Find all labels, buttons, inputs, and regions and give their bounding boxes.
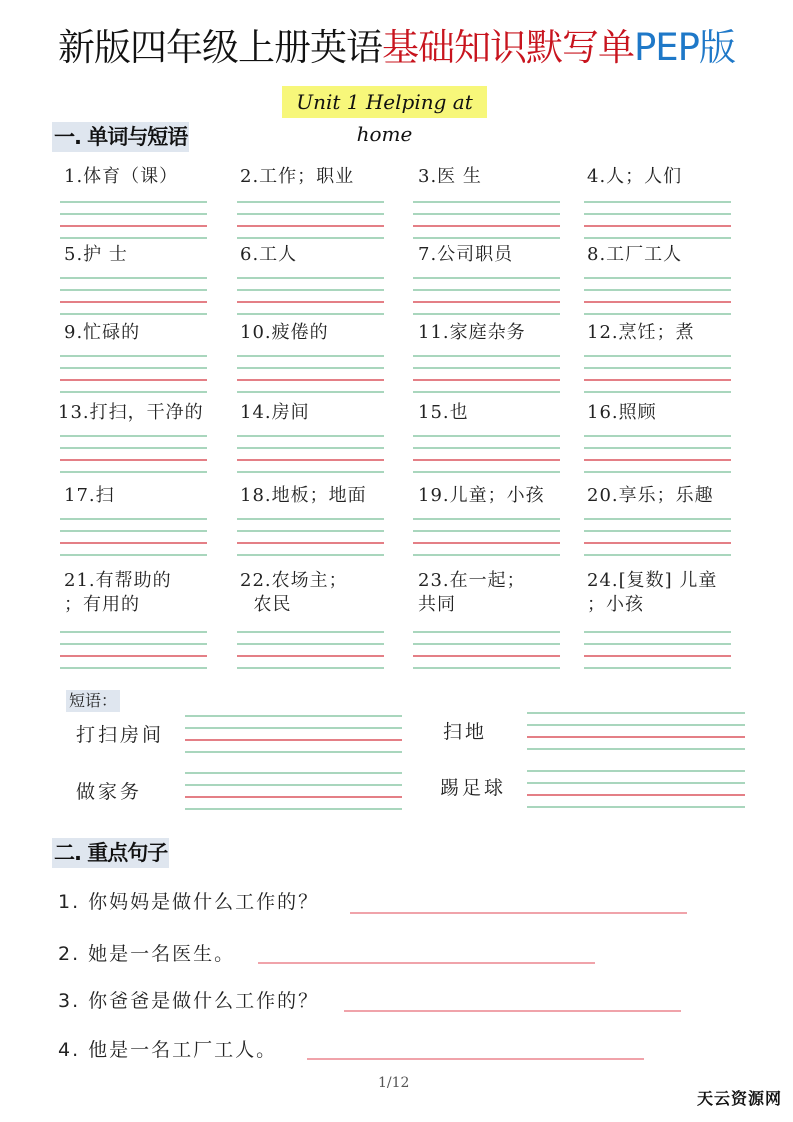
writing-line[interactable] — [413, 471, 560, 473]
writing-line[interactable] — [60, 530, 207, 532]
word-prompt: 9.忙碌的 — [64, 321, 140, 345]
writing-line[interactable] — [584, 655, 731, 657]
phrase-writing-line[interactable] — [527, 806, 745, 808]
phrase-writing-line[interactable] — [527, 794, 745, 796]
phrase-writing-line[interactable] — [185, 808, 402, 810]
writing-line[interactable] — [584, 435, 731, 437]
word-prompt: 10.疲倦的 — [240, 321, 329, 345]
phrase-writing-line[interactable] — [185, 715, 402, 717]
section-heading-sentences: 二. 重点句子 — [52, 838, 169, 868]
sentence-4-answer-line[interactable] — [307, 1058, 644, 1060]
phrases-label: 短语： — [66, 690, 120, 712]
word-prompt: 14.房间 — [240, 401, 310, 425]
phrase-writing-line[interactable] — [185, 739, 402, 741]
word-prompt: 4.人；人们 — [587, 165, 682, 189]
watermark: 天云资源网 — [697, 1086, 782, 1109]
word-prompt: 7.公司职员 — [418, 243, 513, 267]
phrase-writing-line[interactable] — [185, 796, 402, 798]
sentence-2-answer-line[interactable] — [258, 962, 595, 964]
sentence-2: 2. 她是一名医生。 — [58, 941, 235, 967]
phrase-writing-line[interactable] — [527, 724, 745, 726]
writing-line[interactable] — [237, 213, 384, 215]
writing-line[interactable] — [60, 277, 207, 279]
writing-line[interactable] — [60, 391, 207, 393]
writing-line[interactable] — [237, 631, 384, 633]
writing-line[interactable] — [584, 631, 731, 633]
writing-line[interactable] — [60, 447, 207, 449]
phrase-do-housework: 做家务 — [76, 779, 142, 805]
writing-line[interactable] — [237, 225, 384, 227]
writing-line[interactable] — [237, 667, 384, 669]
writing-line[interactable] — [413, 213, 560, 215]
word-prompt: 21.有帮助的 ；有用的 — [64, 569, 172, 617]
word-prompt: 11.家庭杂务 — [418, 321, 526, 345]
writing-line[interactable] — [413, 225, 560, 227]
word-prompt: 24.[复数] 儿童 ；小孩 — [587, 569, 717, 617]
writing-line[interactable] — [584, 391, 731, 393]
word-prompt: 12.烹饪；煮 — [587, 321, 695, 345]
writing-line[interactable] — [237, 301, 384, 303]
writing-line[interactable] — [237, 554, 384, 556]
writing-line[interactable] — [60, 379, 207, 381]
word-prompt: 13.打扫，干净的 — [58, 401, 204, 425]
writing-line[interactable] — [237, 643, 384, 645]
word-prompt: 8.工厂工人 — [587, 243, 682, 267]
writing-line[interactable] — [237, 518, 384, 520]
word-prompt: 1.体育（课） — [64, 165, 178, 189]
writing-line[interactable] — [60, 471, 207, 473]
word-prompt: 2.工作；职业 — [240, 165, 354, 189]
writing-line[interactable] — [584, 225, 731, 227]
phrase-clean-room: 打扫房间 — [76, 722, 164, 748]
writing-line[interactable] — [60, 542, 207, 544]
word-prompt: 19.儿童；小孩 — [418, 484, 545, 508]
unit-title: Unit 1 Helping at home — [282, 86, 487, 118]
section-heading-words: 一. 单词与短语 — [52, 122, 189, 152]
writing-line[interactable] — [60, 237, 207, 239]
writing-line[interactable] — [237, 391, 384, 393]
phrase-play-football: 踢足球 — [440, 775, 506, 801]
writing-line[interactable] — [413, 355, 560, 357]
writing-line[interactable] — [584, 289, 731, 291]
writing-line[interactable] — [413, 277, 560, 279]
title-part-dictation: 基础知识默写单 — [382, 26, 634, 69]
writing-line[interactable] — [584, 201, 731, 203]
writing-line[interactable] — [584, 355, 731, 357]
writing-line[interactable] — [584, 530, 731, 532]
writing-line[interactable] — [584, 542, 731, 544]
word-prompt: 20.享乐；乐趣 — [587, 484, 714, 508]
writing-line[interactable] — [237, 277, 384, 279]
word-prompt: 15.也 — [418, 401, 469, 425]
writing-line[interactable] — [413, 379, 560, 381]
writing-line[interactable] — [60, 667, 207, 669]
writing-line[interactable] — [584, 301, 731, 303]
writing-line[interactable] — [237, 289, 384, 291]
writing-line[interactable] — [60, 518, 207, 520]
phrase-sweep-floor: 扫地 — [443, 719, 487, 745]
writing-line[interactable] — [237, 201, 384, 203]
phrase-writing-line[interactable] — [527, 782, 745, 784]
word-prompt: 23.在一起； 共同 — [418, 569, 526, 617]
title-part-grade: 新版四年级上册英语 — [58, 26, 382, 69]
writing-line[interactable] — [413, 542, 560, 544]
writing-line[interactable] — [413, 655, 560, 657]
sentence-3: 3. 你爸爸是做什么工作的？ — [58, 988, 319, 1014]
page-title: 新版四年级上册英语基础知识默写单PEP版 — [0, 24, 793, 72]
writing-line[interactable] — [60, 643, 207, 645]
phrase-writing-line[interactable] — [185, 772, 402, 774]
writing-line[interactable] — [584, 643, 731, 645]
writing-line[interactable] — [584, 379, 731, 381]
phrase-writing-line[interactable] — [527, 748, 745, 750]
title-part-edition: PEP版 — [634, 26, 735, 69]
writing-line[interactable] — [584, 313, 731, 315]
writing-line[interactable] — [60, 213, 207, 215]
writing-line[interactable] — [413, 201, 560, 203]
writing-line[interactable] — [413, 391, 560, 393]
writing-line[interactable] — [60, 225, 207, 227]
writing-line[interactable] — [60, 631, 207, 633]
writing-line[interactable] — [584, 447, 731, 449]
writing-line[interactable] — [584, 237, 731, 239]
writing-line[interactable] — [584, 277, 731, 279]
writing-line[interactable] — [584, 459, 731, 461]
writing-line[interactable] — [60, 301, 207, 303]
phrase-writing-line[interactable] — [185, 751, 402, 753]
writing-line[interactable] — [237, 447, 384, 449]
writing-line[interactable] — [60, 201, 207, 203]
writing-line[interactable] — [413, 289, 560, 291]
writing-line[interactable] — [584, 367, 731, 369]
writing-line[interactable] — [413, 447, 560, 449]
sentence-4: 4. 他是一名工厂工人。 — [58, 1037, 277, 1063]
writing-line[interactable] — [237, 471, 384, 473]
writing-line[interactable] — [60, 459, 207, 461]
writing-line[interactable] — [584, 667, 731, 669]
writing-line[interactable] — [413, 554, 560, 556]
writing-line[interactable] — [413, 301, 560, 303]
writing-line[interactable] — [413, 530, 560, 532]
writing-line[interactable] — [237, 237, 384, 239]
writing-line[interactable] — [60, 435, 207, 437]
writing-line[interactable] — [237, 379, 384, 381]
writing-line[interactable] — [60, 289, 207, 291]
phrase-writing-line[interactable] — [527, 736, 745, 738]
writing-line[interactable] — [237, 542, 384, 544]
writing-line[interactable] — [413, 367, 560, 369]
writing-line[interactable] — [413, 459, 560, 461]
writing-line[interactable] — [60, 655, 207, 657]
writing-line[interactable] — [60, 355, 207, 357]
word-prompt: 18.地板；地面 — [240, 484, 367, 508]
writing-line[interactable] — [413, 313, 560, 315]
word-prompt: 17.扫 — [64, 484, 115, 508]
writing-line[interactable] — [60, 367, 207, 369]
writing-line[interactable] — [237, 459, 384, 461]
phrase-writing-line[interactable] — [185, 727, 402, 729]
writing-line[interactable] — [237, 355, 384, 357]
writing-line[interactable] — [584, 213, 731, 215]
phrase-writing-line[interactable] — [527, 712, 745, 714]
word-prompt: 16.照顾 — [587, 401, 657, 425]
writing-line[interactable] — [413, 667, 560, 669]
page-number: 1/12 — [378, 1075, 409, 1091]
writing-line[interactable] — [584, 554, 731, 556]
writing-line[interactable] — [237, 435, 384, 437]
writing-line[interactable] — [237, 655, 384, 657]
word-prompt: 6.工人 — [240, 243, 297, 267]
writing-line[interactable] — [60, 554, 207, 556]
writing-line[interactable] — [237, 367, 384, 369]
writing-line[interactable] — [584, 518, 731, 520]
writing-line[interactable] — [413, 435, 560, 437]
writing-line[interactable] — [584, 471, 731, 473]
word-prompt: 5.护 士 — [64, 243, 128, 267]
writing-line[interactable] — [413, 518, 560, 520]
phrase-writing-line[interactable] — [527, 770, 745, 772]
writing-line[interactable] — [60, 313, 207, 315]
phrase-writing-line[interactable] — [185, 784, 402, 786]
writing-line[interactable] — [237, 313, 384, 315]
writing-line[interactable] — [413, 643, 560, 645]
writing-line[interactable] — [413, 631, 560, 633]
writing-line[interactable] — [413, 237, 560, 239]
sentence-1: 1. 你妈妈是做什么工作的？ — [58, 889, 319, 915]
word-prompt: 22.农场主； 农民 — [240, 569, 348, 617]
sentence-1-answer-line[interactable] — [350, 912, 687, 914]
writing-line[interactable] — [237, 530, 384, 532]
word-prompt: 3.医 生 — [418, 165, 482, 189]
sentence-3-answer-line[interactable] — [344, 1010, 681, 1012]
